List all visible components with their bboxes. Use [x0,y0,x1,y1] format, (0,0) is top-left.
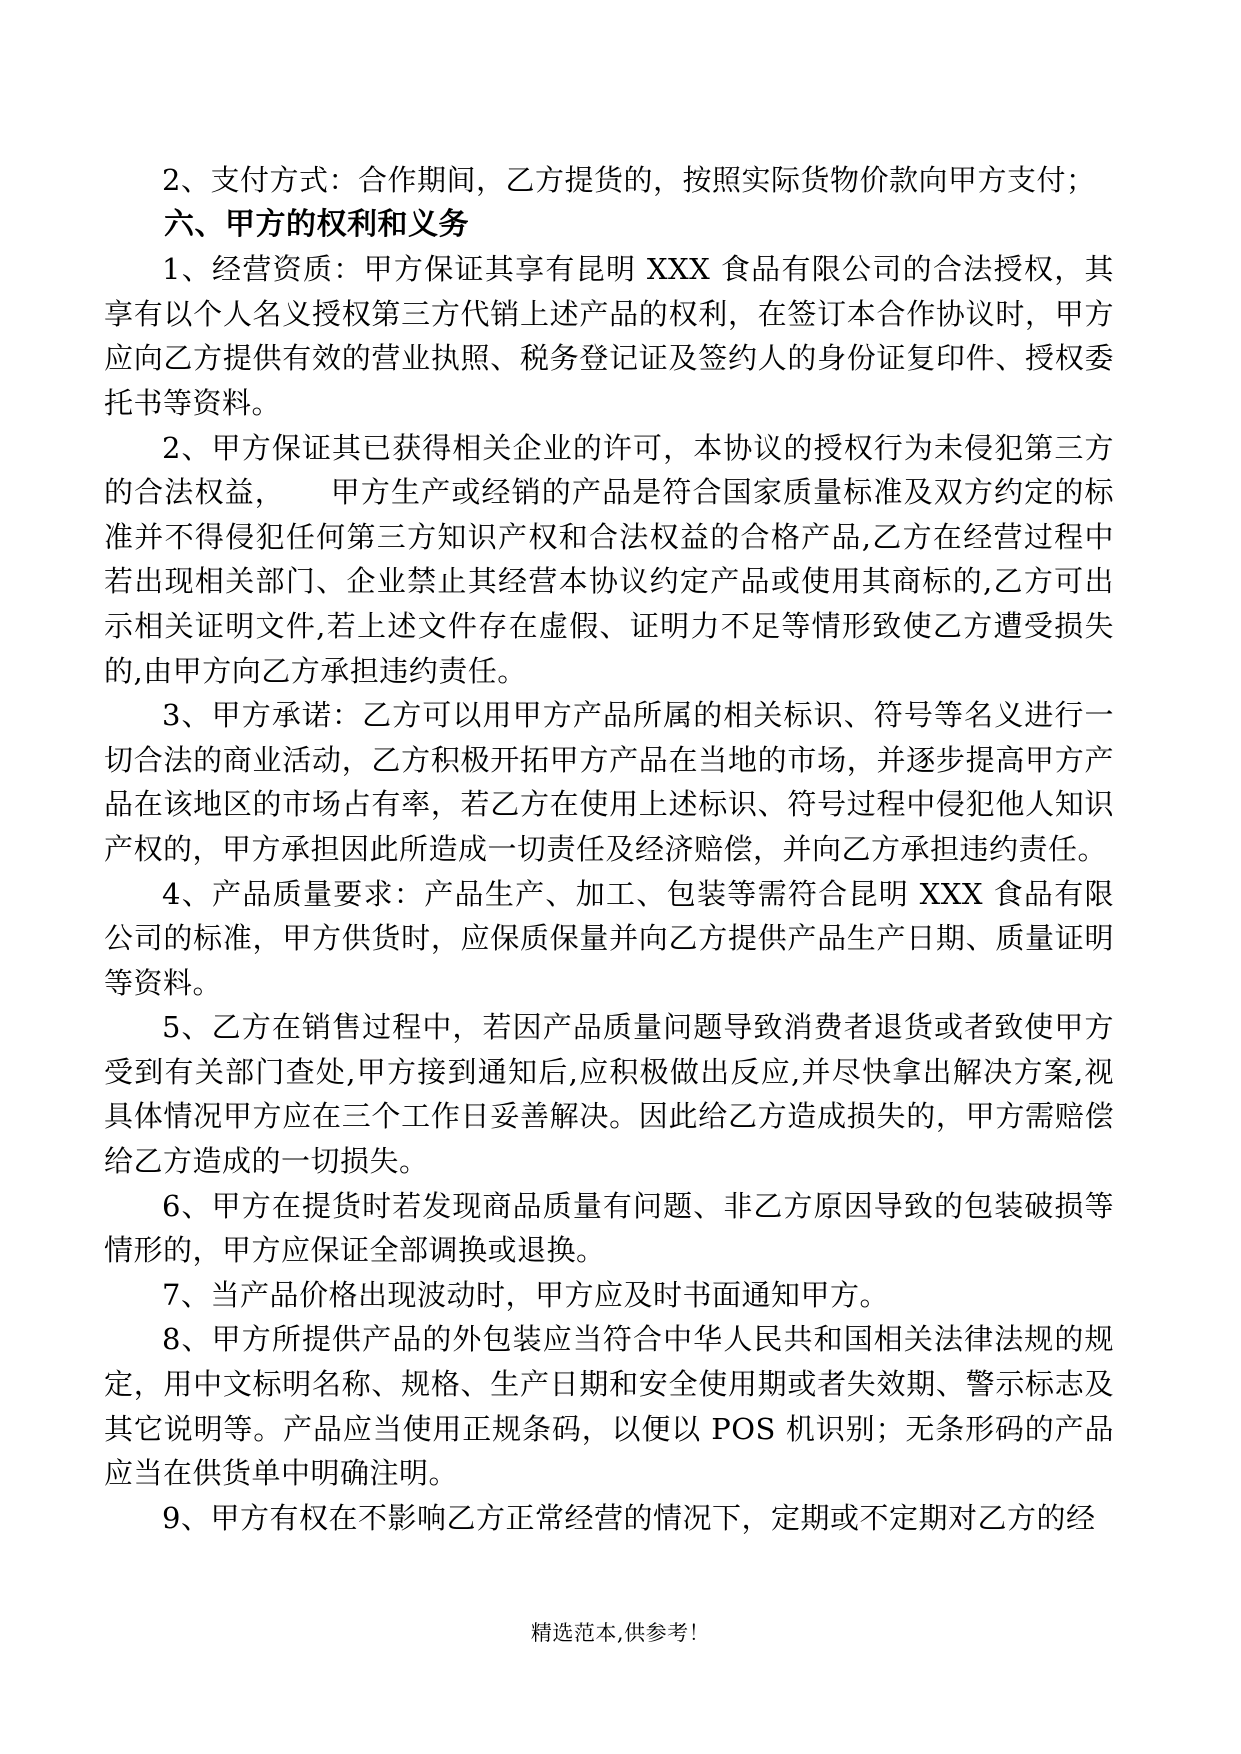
clause-6-pickup-exchange: 6、甲方在提货时若发现商品质量有问题、非乙方原因导致的包装破损等情形的，甲方应保… [104,1184,1114,1273]
clause-3-party-a-commitment: 3、甲方承诺：乙方可以用甲方产品所属的相关标识、符号等名义进行一切合法的商业活动… [104,693,1114,871]
clause-9-inspection-right: 9、甲方有权在不影响乙方正常经营的情况下，定期或不定期对乙方的经 [104,1496,1114,1541]
document-page: 2、支付方式：合作期间，乙方提货的，按照实际货物价款向甲方支付； 六、甲方的权利… [104,158,1114,1540]
clause-2-license-guarantee: 2、甲方保证其已获得相关企业的许可，本协议的授权行为未侵犯第三方的合法权益， 甲… [104,426,1114,694]
footer-note: 精选范本,供参考！ [0,1618,1241,1648]
section-heading-party-a-rights: 六、甲方的权利和义务 [104,203,1114,248]
clause-7-price-fluctuation: 7、当产品价格出现波动时，甲方应及时书面通知甲方。 [104,1273,1114,1318]
paragraph-payment-method: 2、支付方式：合作期间，乙方提货的，按照实际货物价款向甲方支付； [104,158,1114,203]
clause-1-business-qualification: 1、经营资质：甲方保证其享有昆明 XXX 食品有限公司的合法授权，其享有以个人名… [104,247,1114,425]
clause-8-packaging-regulation: 8、甲方所提供产品的外包装应当符合中华人民共和国相关法律法规的规定，用中文标明名… [104,1317,1114,1495]
clause-5-sales-issues: 5、乙方在销售过程中，若因产品质量问题导致消费者退货或者致使甲方受到有关部门查处… [104,1005,1114,1183]
clause-4-product-quality: 4、产品质量要求：产品生产、加工、包装等需符合昆明 XXX 食品有限公司的标准，… [104,872,1114,1006]
